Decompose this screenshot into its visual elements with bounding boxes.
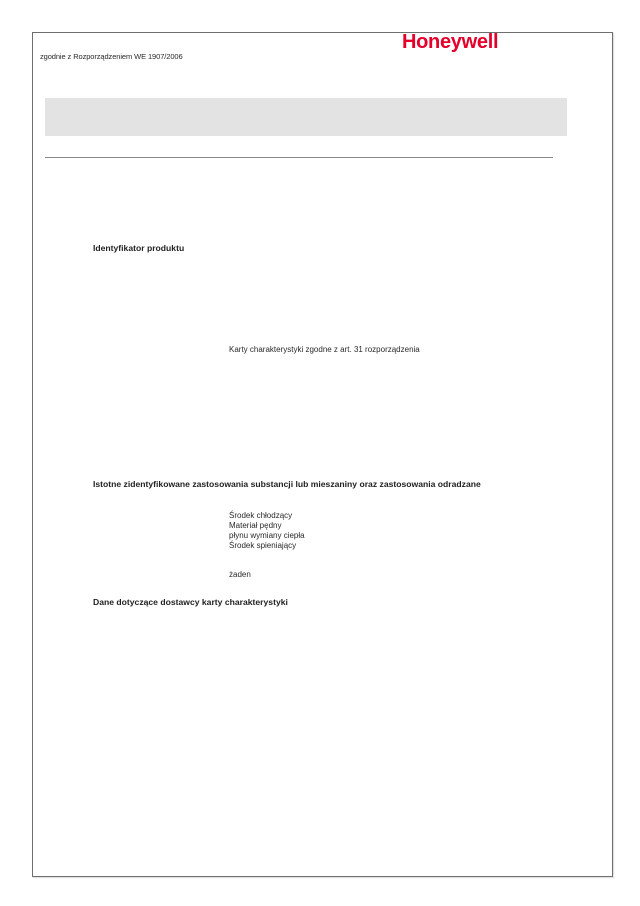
honeywell-logo: Honeywell bbox=[402, 31, 498, 54]
section-heading-product-identifier: Identyfikator produktu bbox=[93, 243, 184, 253]
uses-advised-against: żaden bbox=[229, 570, 251, 580]
use-item: Środek spieniający bbox=[229, 541, 305, 551]
identified-uses-list: Środek chłodzący Materiał pędny płynu wy… bbox=[229, 511, 305, 551]
use-item: Materiał pędny bbox=[229, 521, 305, 531]
use-item: Środek chłodzący bbox=[229, 511, 305, 521]
regulation-reference: zgodnie z Rozporządzeniem WE 1907/2006 bbox=[40, 52, 183, 61]
use-item: płynu wymiany ciepła bbox=[229, 531, 305, 541]
document-title-band bbox=[45, 98, 567, 136]
section-heading-identified-uses: Istotne zidentyfikowane zastosowania sub… bbox=[67, 479, 547, 489]
section-heading-supplier-details: Dane dotyczące dostawcy karty charaktery… bbox=[93, 597, 288, 607]
sds-article-31-note: Karty charakterystyki zgodne z art. 31 r… bbox=[229, 345, 420, 355]
document-page bbox=[32, 32, 613, 877]
header-divider bbox=[45, 157, 553, 158]
